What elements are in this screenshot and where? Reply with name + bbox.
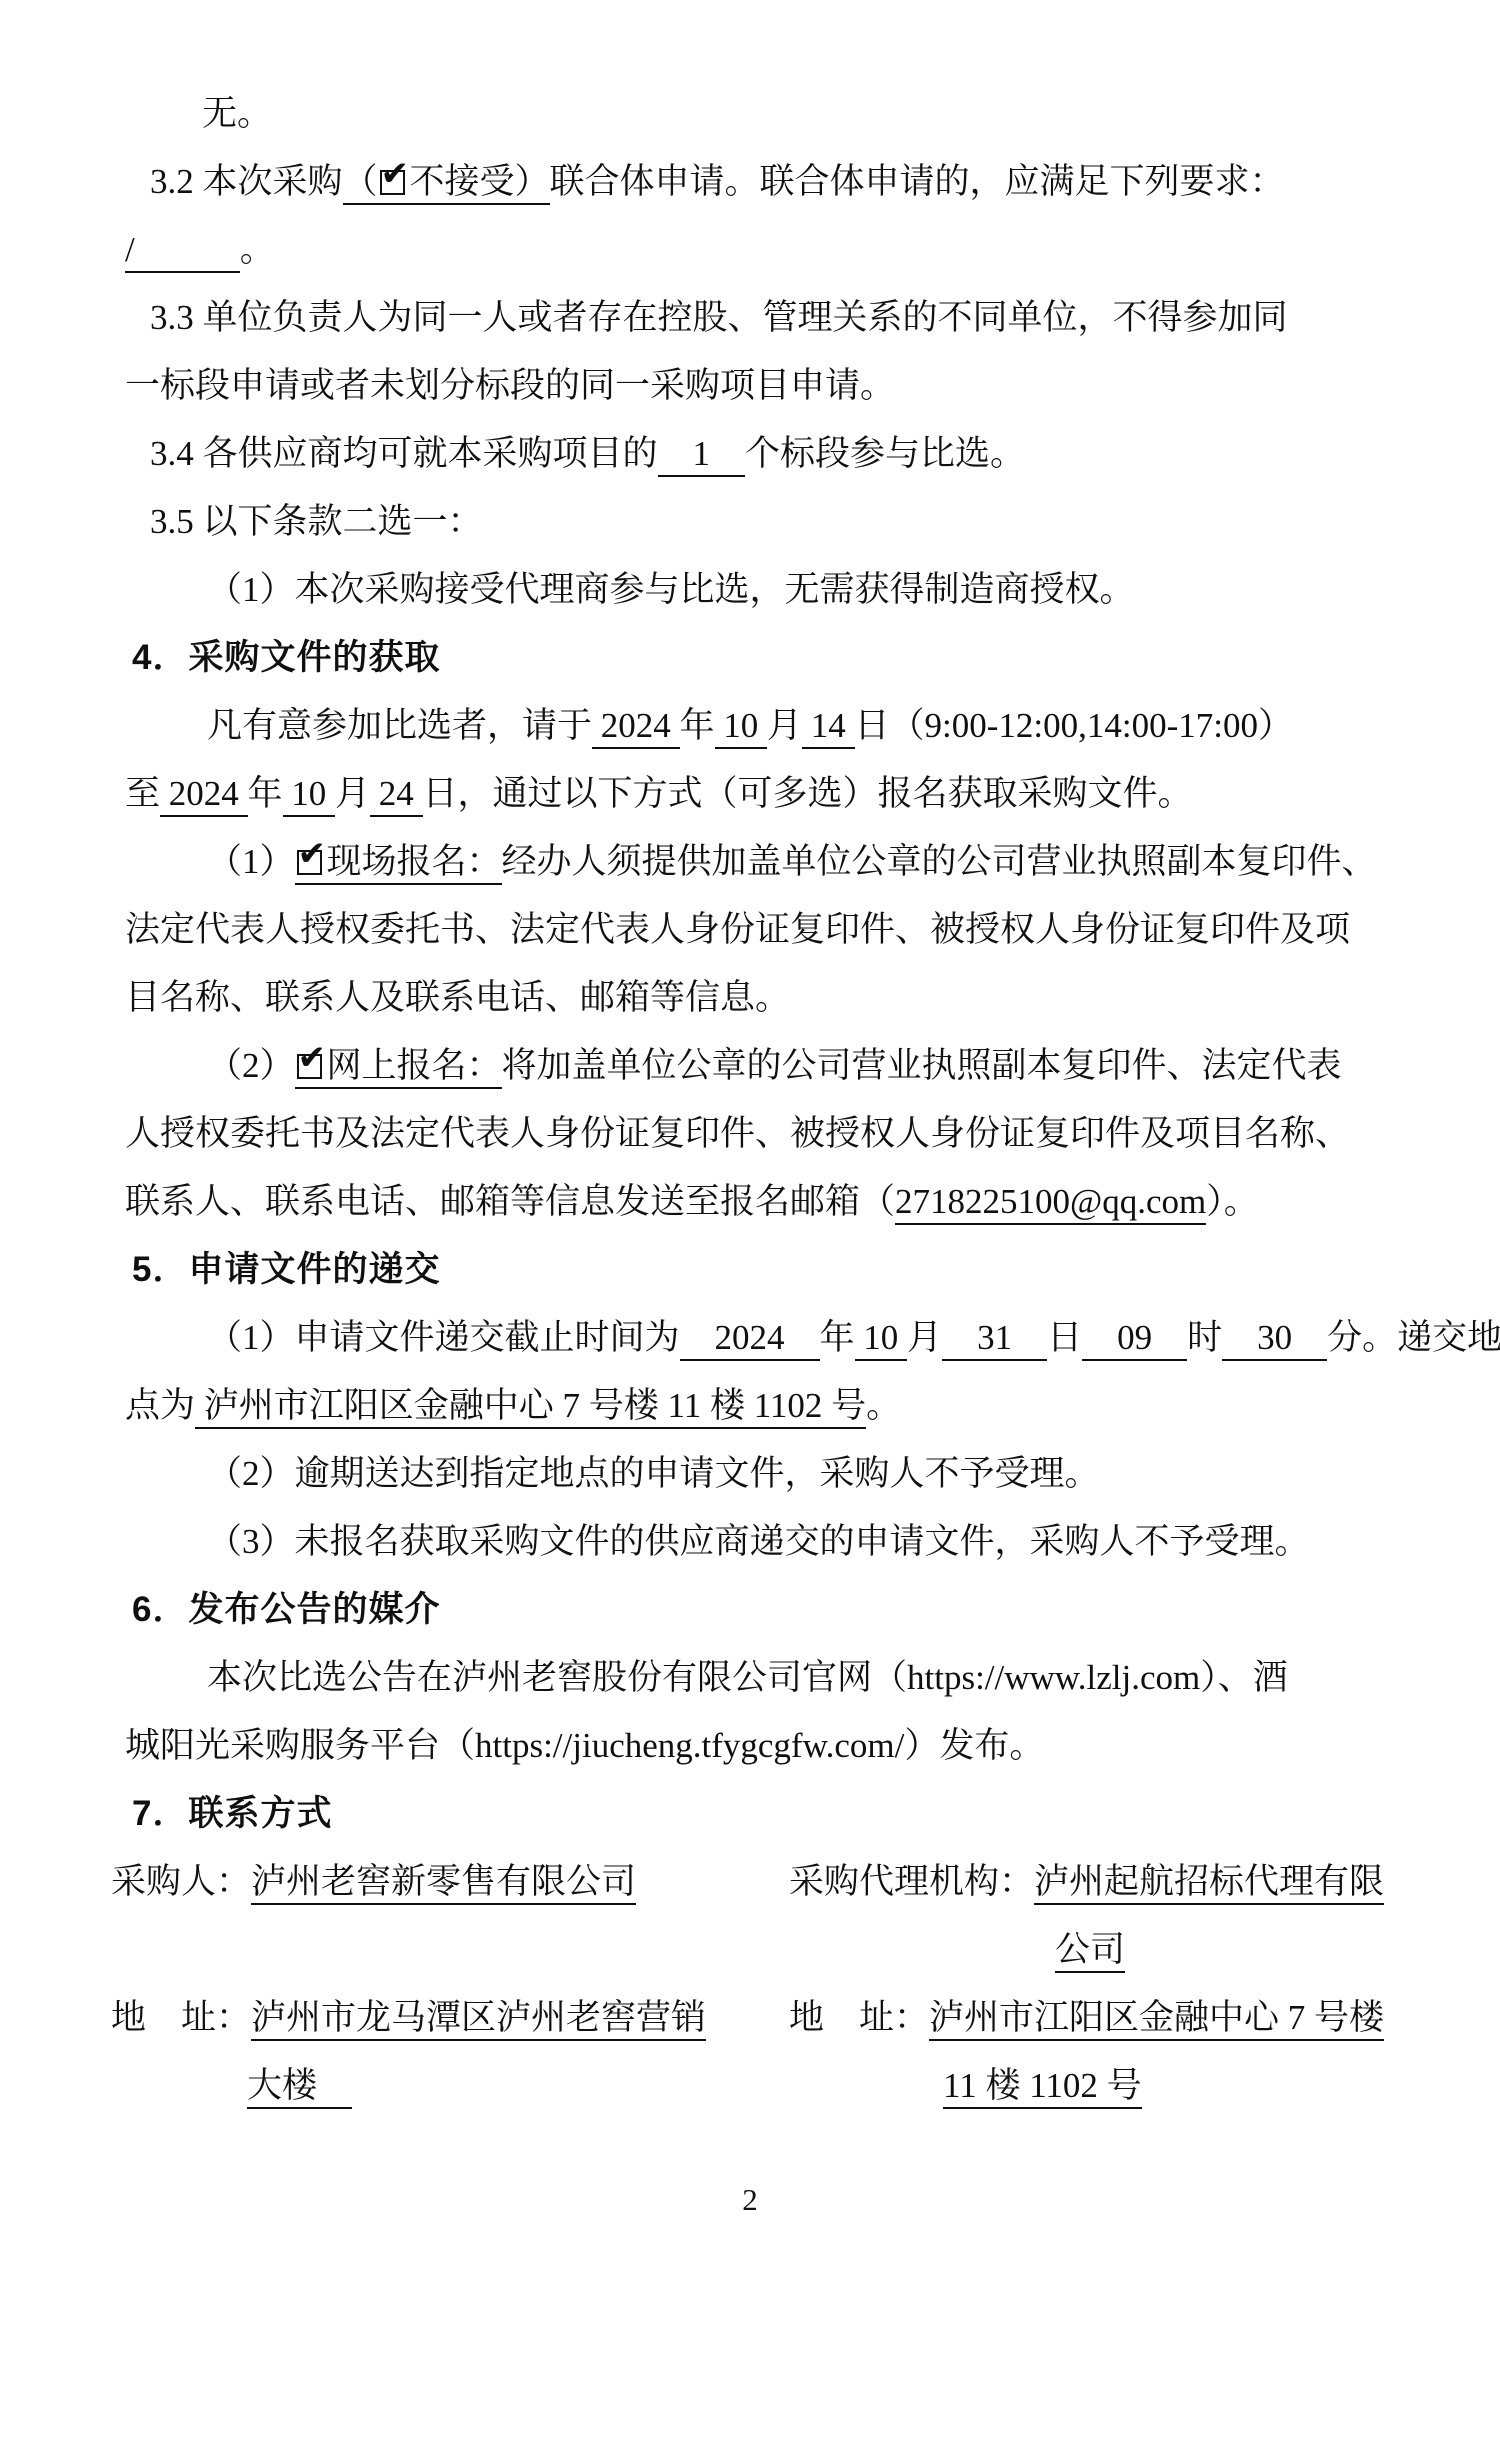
text-run: 3.5 以下条款二选一：	[150, 502, 483, 541]
para-6-line1: 本次比选公告在泸州老窖股份有限公司官网（https://www.lzlj.com…	[125, 1644, 1395, 1712]
text-run: 7．联系方式	[132, 1794, 332, 1833]
underlined-text: （	[343, 162, 378, 205]
text-run: 法定代表人授权委托书、法定代表人身份证复印件、被授权人身份证复印件及项	[125, 910, 1350, 949]
text-run: 日（9:00-12:00,14:00-17:00）	[855, 706, 1293, 745]
underlined-text: 10	[855, 1318, 908, 1361]
text-run: 5．申请文件的递交	[132, 1250, 440, 1289]
underlined-text: 公司	[1055, 1930, 1125, 1973]
checked-checkbox-icon	[380, 170, 405, 195]
para-3-1-none: 无。	[125, 80, 1395, 148]
underlined-text: 14	[802, 706, 855, 749]
underlined-text: 泸州起航招标代理有限	[1034, 1862, 1384, 1905]
underlined-text: 2024	[160, 774, 248, 817]
contact-row-1: 采购人：泸州老窖新零售有限公司采购代理机构：泸州起航招标代理有限	[125, 1848, 1395, 1916]
contact-cell: 11 楼 1102 号	[943, 2052, 1142, 2120]
underlined-text: 30	[1222, 1318, 1327, 1361]
text-run: 月	[907, 1318, 942, 1357]
para-5-item1-line2: 点为 泸州市江阳区金融中心 7 号楼 11 楼 1102 号。	[125, 1372, 1395, 1440]
para-4-item1-line1: （1）现场报名：经办人须提供加盖单位公章的公司营业执照副本复印件、	[125, 828, 1395, 896]
contact-cell: 大楼	[247, 2052, 352, 2120]
text-run: 。	[866, 1386, 901, 1425]
para-4-line2: 至 2024 年 10 月 24 日，通过以下方式（可多选）报名获取采购文件。	[125, 760, 1395, 828]
heading-6: 6．发布公告的媒介	[125, 1576, 1395, 1644]
text-run: 城阳光采购服务平台（https://jiucheng.tfygcgfw.com/…	[125, 1726, 1044, 1765]
text-run: 月	[767, 706, 802, 745]
contact-cell: 地 址：泸州市龙马潭区泸州老窖营销	[111, 1984, 706, 2052]
text-run: （3）未报名获取采购文件的供应商递交的申请文件，采购人不予受理。	[207, 1522, 1310, 1561]
para-3-4: 3.4 各供应商均可就本采购项目的 1 个标段参与比选。	[125, 420, 1395, 488]
text-run: 日，通过以下方式（可多选）报名获取采购文件。	[423, 774, 1193, 813]
text-run: 经办人须提供加盖单位公章的公司营业执照副本复印件、	[502, 842, 1377, 881]
para-4-item1-line2: 法定代表人授权委托书、法定代表人身份证复印件、被授权人身份证复印件及项	[125, 896, 1395, 964]
text-run: 点为	[125, 1386, 195, 1425]
underlined-text: 泸州老窖新零售有限公司	[251, 1862, 636, 1905]
underlined-text: 2024	[680, 1318, 820, 1361]
heading-5: 5．申请文件的递交	[125, 1236, 1395, 1304]
underlined-text: 10	[715, 706, 768, 749]
underlined-text: 10	[283, 774, 336, 817]
text-run: 无。	[202, 94, 272, 133]
underlined-text: 31	[942, 1318, 1047, 1361]
underlined-text: 泸州市江阳区金融中心 7 号楼	[929, 1998, 1384, 2041]
checkbox-run	[295, 1046, 327, 1089]
text-run: 一标段申请或者未划分标段的同一采购项目申请。	[125, 366, 895, 405]
text-run: 人授权委托书及法定代表人身份证复印件、被授权人身份证复印件及项目名称、	[125, 1114, 1350, 1153]
underlined-text: 09	[1082, 1318, 1187, 1361]
underlined-text: /	[125, 230, 240, 273]
text-run: 采购代理机构：	[789, 1862, 1034, 1901]
checked-checkbox-icon	[297, 1054, 322, 1079]
underlined-text: 24	[370, 774, 423, 817]
para-3-5: 3.5 以下条款二选一：	[125, 488, 1395, 556]
para-5-item3: （3）未报名获取采购文件的供应商递交的申请文件，采购人不予受理。	[125, 1508, 1395, 1576]
para-3-3-line1: 3.3 单位负责人为同一人或者存在控股、管理关系的不同单位，不得参加同	[125, 284, 1395, 352]
text-run: 目名称、联系人及联系电话、邮箱等信息。	[125, 978, 790, 1017]
text-run: 3.2 本次采购	[150, 162, 343, 201]
contact-cell: 采购人：泸州老窖新零售有限公司	[111, 1848, 636, 1916]
text-run: ）。	[1206, 1182, 1259, 1221]
text-run: 地 址：	[111, 1998, 251, 2037]
text-run: 时	[1187, 1318, 1222, 1357]
underlined-text: 泸州市龙马潭区泸州老窖营销	[251, 1998, 706, 2041]
text-run: 采购人：	[111, 1862, 251, 1901]
contact-cell: 采购代理机构：泸州起航招标代理有限	[789, 1848, 1384, 1916]
text-run: 凡有意参加比选者，请于	[207, 706, 592, 745]
underlined-text: 2024	[592, 706, 680, 749]
text-run: 个标段参与比选。	[745, 434, 1025, 473]
underlined-text: 泸州市江阳区金融中心 7 号楼 11 楼 1102 号	[195, 1386, 866, 1429]
text-run: 6．发布公告的媒介	[132, 1590, 440, 1629]
text-run: （1）本次采购接受代理商参与比选，无需获得制造商授权。	[207, 570, 1135, 609]
contact-row-4: 大楼 11 楼 1102 号	[125, 2052, 1395, 2120]
underlined-text: 2718225100@qq.com	[895, 1182, 1206, 1225]
text-run: 年	[680, 706, 715, 745]
text-run: 4．采购文件的获取	[132, 638, 440, 677]
contact-cell: 公司	[1055, 1916, 1125, 1984]
para-3-3-line2: 一标段申请或者未划分标段的同一采购项目申请。	[125, 352, 1395, 420]
para-3-5-item1: （1）本次采购接受代理商参与比选，无需获得制造商授权。	[125, 556, 1395, 624]
underlined-text: 不接受）	[410, 162, 550, 205]
checkbox-run	[295, 842, 327, 885]
checked-checkbox-icon	[297, 850, 322, 875]
underlined-text: 1	[658, 434, 746, 477]
para-6-line2: 城阳光采购服务平台（https://jiucheng.tfygcgfw.com/…	[125, 1712, 1395, 1780]
para-5-item1-line1: （1）申请文件递交截止时间为 2024 年 10 月 31 日 09 时 30 …	[125, 1304, 1395, 1372]
para-3-2-blank: / 。	[125, 216, 1395, 284]
text-run: （2）	[207, 1046, 295, 1085]
text-run: （1）	[207, 842, 295, 881]
heading-4: 4．采购文件的获取	[125, 624, 1395, 692]
para-4-line1: 凡有意参加比选者，请于 2024 年 10 月 14 日（9:00-12:00,…	[125, 692, 1395, 760]
text-run: （2）逾期送达到指定地点的申请文件，采购人不予受理。	[207, 1454, 1100, 1493]
text-run: 3.3 单位负责人为同一人或者存在控股、管理关系的不同单位，不得参加同	[150, 298, 1288, 337]
text-run: 联系人、联系电话、邮箱等信息发送至报名邮箱（	[125, 1182, 895, 1221]
underlined-text: 现场报名：	[327, 842, 502, 885]
checkbox-run	[378, 162, 410, 205]
text-run: 分。递交地	[1327, 1318, 1500, 1357]
para-4-item2-line2: 人授权委托书及法定代表人身份证复印件、被授权人身份证复印件及项目名称、	[125, 1100, 1395, 1168]
contact-cell: 地 址：泸州市江阳区金融中心 7 号楼	[789, 1984, 1384, 2052]
contact-row-3: 地 址：泸州市龙马潭区泸州老窖营销地 址：泸州市江阳区金融中心 7 号楼	[125, 1984, 1395, 2052]
text-run: 联合体申请。联合体申请的，应满足下列要求：	[550, 162, 1285, 201]
text-run: 本次比选公告在泸州老窖股份有限公司官网（https://www.lzlj.com…	[207, 1658, 1288, 1697]
document-page: 无。3.2 本次采购（不接受）联合体申请。联合体申请的，应满足下列要求：/ 。3…	[0, 0, 1500, 2444]
para-4-item2-line3: 联系人、联系电话、邮箱等信息发送至报名邮箱（2718225100@qq.com）…	[125, 1168, 1395, 1236]
contact-row-2: 公司	[125, 1916, 1395, 1984]
text-run: 日	[1047, 1318, 1082, 1357]
para-4-item2-line1: （2）网上报名：将加盖单位公章的公司营业执照副本复印件、法定代表	[125, 1032, 1395, 1100]
text-run: 3.4 各供应商均可就本采购项目的	[150, 434, 658, 473]
para-4-item1-line3: 目名称、联系人及联系电话、邮箱等信息。	[125, 964, 1395, 1032]
underlined-text: 11 楼 1102 号	[943, 2066, 1142, 2109]
text-run: 地 址：	[789, 1998, 929, 2037]
document-body: 无。3.2 本次采购（不接受）联合体申请。联合体申请的，应满足下列要求：/ 。3…	[0, 0, 1500, 2120]
text-run: 月	[335, 774, 370, 813]
text-run: 至	[125, 774, 160, 813]
page-number: 2	[0, 2180, 1500, 2220]
para-3-2: 3.2 本次采购（不接受）联合体申请。联合体申请的，应满足下列要求：	[125, 148, 1395, 216]
text-run: 年	[248, 774, 283, 813]
para-5-item2: （2）逾期送达到指定地点的申请文件，采购人不予受理。	[125, 1440, 1395, 1508]
underlined-text: 网上报名：	[327, 1046, 502, 1089]
text-run: 将加盖单位公章的公司营业执照副本复印件、法定代表	[502, 1046, 1342, 1085]
text-run: 。	[240, 230, 275, 269]
text-run: 年	[820, 1318, 855, 1357]
underlined-text: 大楼	[247, 2066, 352, 2109]
text-run: （1）申请文件递交截止时间为	[207, 1318, 680, 1357]
heading-7: 7．联系方式	[125, 1780, 1395, 1848]
